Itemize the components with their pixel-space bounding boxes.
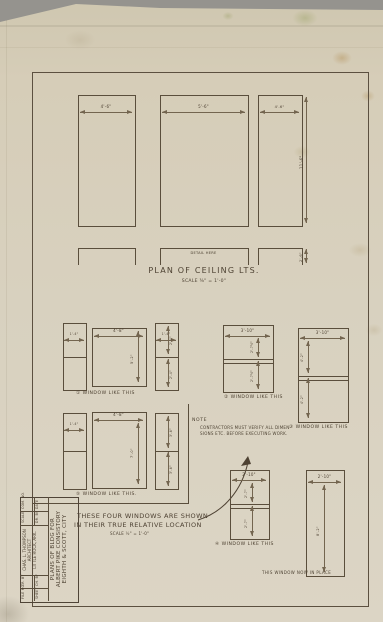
dimension-line [138,423,139,484]
title-block-cell: FILE NO. [22,584,26,599]
sash-divider [224,359,273,364]
dimension-label: 2'-7" [245,489,249,498]
ceiling-light-right-partial [258,248,303,265]
title-block-architect: CHAS. L. THOMPSON ARCHITECT LITTLE ROCK,… [20,525,48,575]
group-separator-line [188,404,189,503]
dimension-label: 2'-10" [230,473,268,477]
note-line: IN THEIR TRUE RELATIVE LOCATION [74,522,202,529]
dimension-line [162,112,245,113]
window-label: THIS WINDOW NOW IN PLACE [262,571,331,575]
ceiling-light-left-partial [78,248,136,265]
dimension-label: 1'-4" [63,333,85,337]
dimension-label: 5'-2" [131,354,135,364]
dimension-line [258,361,259,389]
ceiling-light-left [78,95,136,227]
dimension-label: 4'-6" [78,105,134,109]
sash-divider [64,451,86,452]
dimension-line [308,482,341,483]
dimension-label: 4'-6" [258,106,301,110]
plan-scale: SCALE ⅜" = 1'-0" [130,279,278,284]
window-label: ⑤ WINDOW LIKE THIS. [76,492,137,497]
dimension-label: 2'-6" [300,252,304,262]
dimension-line [308,378,309,418]
dimension-label: 2'-4" [170,336,174,345]
ceiling-light-right [258,95,303,227]
dimension-label: 4'-2" [301,353,305,362]
note-line: SIONS ETC. BEFORE EXECUTING WORK. [200,432,288,436]
window-label: ① WINDOW LIKE THIS [76,391,135,396]
dimension-label: 7'-0" [131,448,135,458]
dimension-line [306,249,307,263]
dimension-label: 2'-10" [306,475,343,479]
dimension-line [80,112,132,113]
title-block-cell: SCALE [22,512,26,523]
title-block-cell: DR. BY [36,511,40,523]
sash-divider [156,357,178,358]
dimension-line [64,430,84,431]
dimension-label: 3'-10" [223,329,272,333]
dimension-line [225,336,270,337]
note-line: THESE FOUR WINDOWS ARE SHOWN [77,513,208,520]
project-line: EIGHTH & SCOTT, CITY [62,497,68,601]
drawing-sheet: 4'-6" 5'-6" 4'-6" 11'-6" DETAIL HERE 2'-… [0,0,383,622]
dimension-line [300,338,345,339]
dimension-label: 2'-7" [245,519,249,528]
dimension-line [94,336,143,337]
dimension-label: 11'-6" [300,155,304,169]
dimension-line [258,338,259,357]
dimension-line [324,485,325,572]
note-heading: NOTE [192,418,207,423]
dimension-label: 3'-10" [298,331,347,335]
title-block-project: PLANS OF BLDG FOR ALBERT PIKE CONSISTORY… [48,497,77,601]
window-label: ③ WINDOW LIKE THIS [289,425,348,430]
title-block-cell: DATE [36,500,40,509]
title-block-cell: SHEET [36,587,40,599]
dimension-label: 1'-4" [155,333,177,337]
title-block-cell: CH. BY [36,574,40,586]
dimension-label: 3'-6" [170,428,174,437]
dimension-label: 3'-6" [170,465,174,474]
plan-title: PLAN OF CEILING LTS. [130,267,278,276]
dimension-line [308,341,309,373]
window-label: ④ WINDOW LIKE THIS [215,542,274,547]
window-label: ② WINDOW LIKE THIS [224,395,283,400]
title-block-cell: COM. NO. [22,492,26,509]
dimension-line [252,483,253,502]
detail-note-label: DETAIL HERE [160,252,247,256]
sash-divider [64,357,86,358]
dimension-line [138,331,139,382]
dimension-line [232,480,266,481]
dimension-label: 5'-6" [160,105,247,109]
dimension-line [252,506,253,536]
note-scale: SCALE ½" = 1'-0" [110,532,149,536]
note-line: CONTRACTORS MUST VERIFY ALL DIMEN- [200,426,291,430]
dimension-label: 2'-7½" [251,370,255,382]
dimension-label: 2'-7½" [251,341,255,353]
ceiling-light-center [160,95,249,227]
dimension-label: 8'-2" [317,526,321,536]
dimension-label: 4'-2" [301,395,305,404]
dimension-line [94,420,143,421]
dimension-line [64,340,84,341]
dimension-label: 4'-8" [92,413,145,417]
dimension-line [306,97,307,223]
architect-line: LITTLE ROCK, ARK. [32,525,37,575]
dimension-label: 1'-4" [63,423,85,427]
dimension-label: 2'-4" [170,370,174,379]
dimension-line [260,112,299,113]
